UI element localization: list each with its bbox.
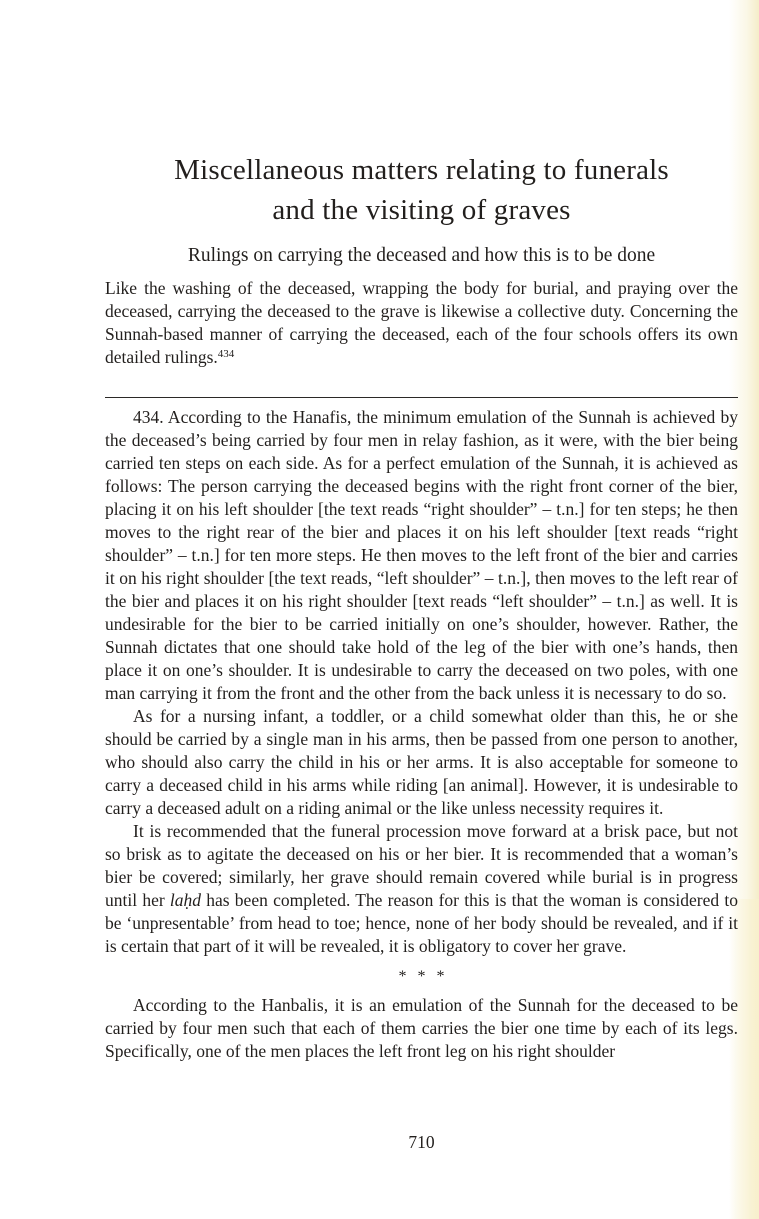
footnote-paragraph-hanbalis: According to the Hanbalis, it is an emul…: [105, 994, 738, 1063]
body-paragraph: Like the washing of the deceased, wrappi…: [105, 277, 738, 369]
footnote-divider-rule: [105, 397, 738, 398]
text-column: Miscellaneous matters relating to funera…: [105, 0, 738, 1063]
footnote-paragraph-children: As for a nursing infant, a toddler, or a…: [105, 705, 738, 820]
section-heading: Rulings on carrying the deceased and how…: [105, 244, 738, 268]
page-number: 710: [105, 1132, 738, 1153]
book-page: Miscellaneous matters relating to funera…: [0, 0, 759, 1219]
chapter-title-line-1: Miscellaneous matters relating to funera…: [174, 154, 669, 186]
body-paragraph-text: Like the washing of the deceased, wrappi…: [105, 278, 738, 367]
italic-term-lahd: laḥd: [170, 890, 201, 910]
chapter-title: Miscellaneous matters relating to funera…: [105, 150, 738, 230]
footnote-reference-marker: 434: [218, 348, 235, 360]
footnote-paragraph-hanafis: 434. According to the Hanafis, the minim…: [105, 406, 738, 705]
footnote-block: 434. According to the Hanafis, the minim…: [105, 406, 738, 1063]
footnote-paragraph-procession: It is recommended that the funeral proce…: [105, 820, 738, 958]
asterisk-separator: * * *: [105, 965, 738, 988]
chapter-title-line-2: and the visiting of graves: [272, 194, 570, 226]
